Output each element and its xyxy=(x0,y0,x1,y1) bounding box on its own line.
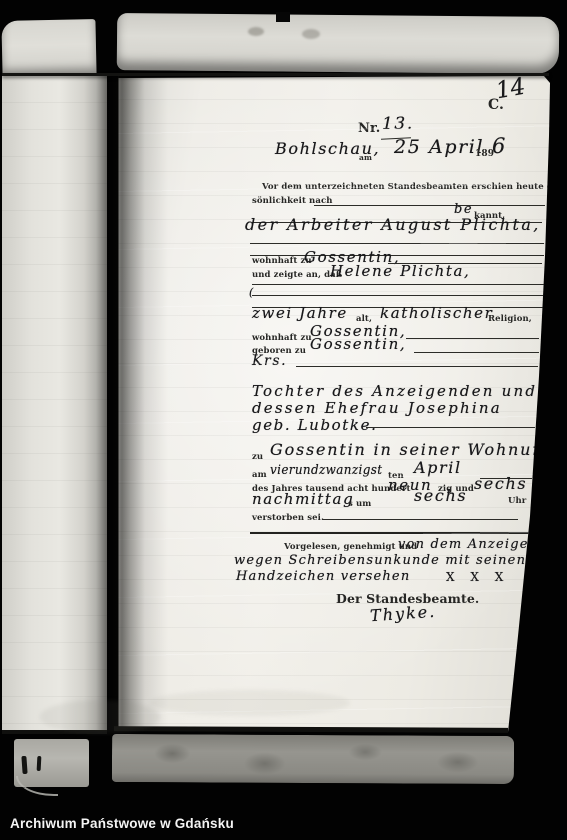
form-rule xyxy=(414,352,539,353)
time-hand2: sechs xyxy=(414,486,467,505)
scanned-register-page: 14 C. Nr. 13. Bohlschau, am 25 April 189… xyxy=(0,0,567,840)
bottom-page-edge-right xyxy=(112,734,514,784)
deceased-name: Helene Plichta, xyxy=(330,262,470,280)
geboren-value: Gossentin, xyxy=(310,335,406,353)
page-top-edge-shadow xyxy=(2,73,549,76)
form-rule xyxy=(314,205,545,206)
form-rule xyxy=(252,284,544,285)
am-printed: am xyxy=(359,153,372,162)
form-rule xyxy=(296,366,538,367)
attest-hand1: von dem Anzeigenden xyxy=(398,537,566,552)
religion-label: Religion, xyxy=(488,314,532,324)
wohnhaft1-label: wohnhaft zu xyxy=(252,256,312,266)
archive-watermark: Archiwum Państwowe w Gdańsku xyxy=(10,816,234,831)
parents-line3: geb. Lubotke. xyxy=(252,416,377,434)
binding-notch xyxy=(276,12,290,22)
intro-line1: Vor dem unterzeichneten Standesbeamten e… xyxy=(262,182,567,192)
record-number-label: Nr. xyxy=(358,121,380,136)
left-page-bottom-edge xyxy=(2,730,107,734)
attest-hand3: Handzeichen versehen xyxy=(236,569,410,584)
form-rule xyxy=(250,243,544,244)
religion-hand: katholischer xyxy=(380,304,493,322)
book-gutter-line xyxy=(118,76,119,731)
age-hand: zwei Jahre xyxy=(252,304,348,322)
page-bottom-edge-shadow xyxy=(114,726,508,733)
form-rule xyxy=(252,295,544,296)
time-hand1: nachmittag xyxy=(252,490,354,508)
paren-mark: ( xyxy=(249,286,255,299)
parents-line1: Tochter des Anzeigenden und xyxy=(252,382,537,400)
geboren-extra: Krs. xyxy=(252,353,287,369)
section-divider xyxy=(250,532,532,534)
death-place: Gossentin in seiner Wohnung xyxy=(270,440,556,459)
year-hand2: sechs xyxy=(474,474,527,493)
date-day-month: 25 April xyxy=(394,136,484,158)
page-curl-highlight xyxy=(16,776,58,796)
attest-hand2: wegen Schreibensunkunde mit seinen xyxy=(234,553,526,568)
top-page-edge-left xyxy=(1,19,96,77)
verstorben-label: verstorben sei. xyxy=(252,513,324,523)
register-sheet: 14 C. Nr. 13. Bohlschau, am 25 April 189… xyxy=(118,76,550,732)
uhr-label: Uhr xyxy=(508,496,526,506)
death-month-hand: April xyxy=(414,458,462,477)
zu-label: zu xyxy=(252,452,263,462)
year-handwritten: 6 xyxy=(492,134,507,158)
left-page-edge xyxy=(2,76,107,731)
form-rule xyxy=(366,427,535,428)
top-page-edge-right xyxy=(117,13,559,74)
paper-smudge xyxy=(248,27,264,36)
section-letter: C. xyxy=(488,97,504,113)
record-number-value: 13. xyxy=(382,114,414,134)
binding-mark xyxy=(37,756,42,771)
paper-smudge xyxy=(302,29,320,39)
registrar-signature: Thyke. xyxy=(369,602,436,626)
anzeige-label: und zeigte an, daß xyxy=(252,270,342,280)
witness-marks: X X X xyxy=(446,570,509,584)
form-rule xyxy=(322,519,518,520)
am-label: am xyxy=(252,470,267,480)
form-rule xyxy=(406,338,539,339)
declarant-line: der Arbeiter August Plichta, xyxy=(245,215,541,234)
parents-line2: dessen Ehefrau Josephina xyxy=(252,399,502,417)
s-um-label: s um xyxy=(348,499,371,509)
wohnhaft2-label: wohnhaft zu xyxy=(252,333,312,343)
death-day-hand: vierundzwanzigst xyxy=(270,463,382,478)
